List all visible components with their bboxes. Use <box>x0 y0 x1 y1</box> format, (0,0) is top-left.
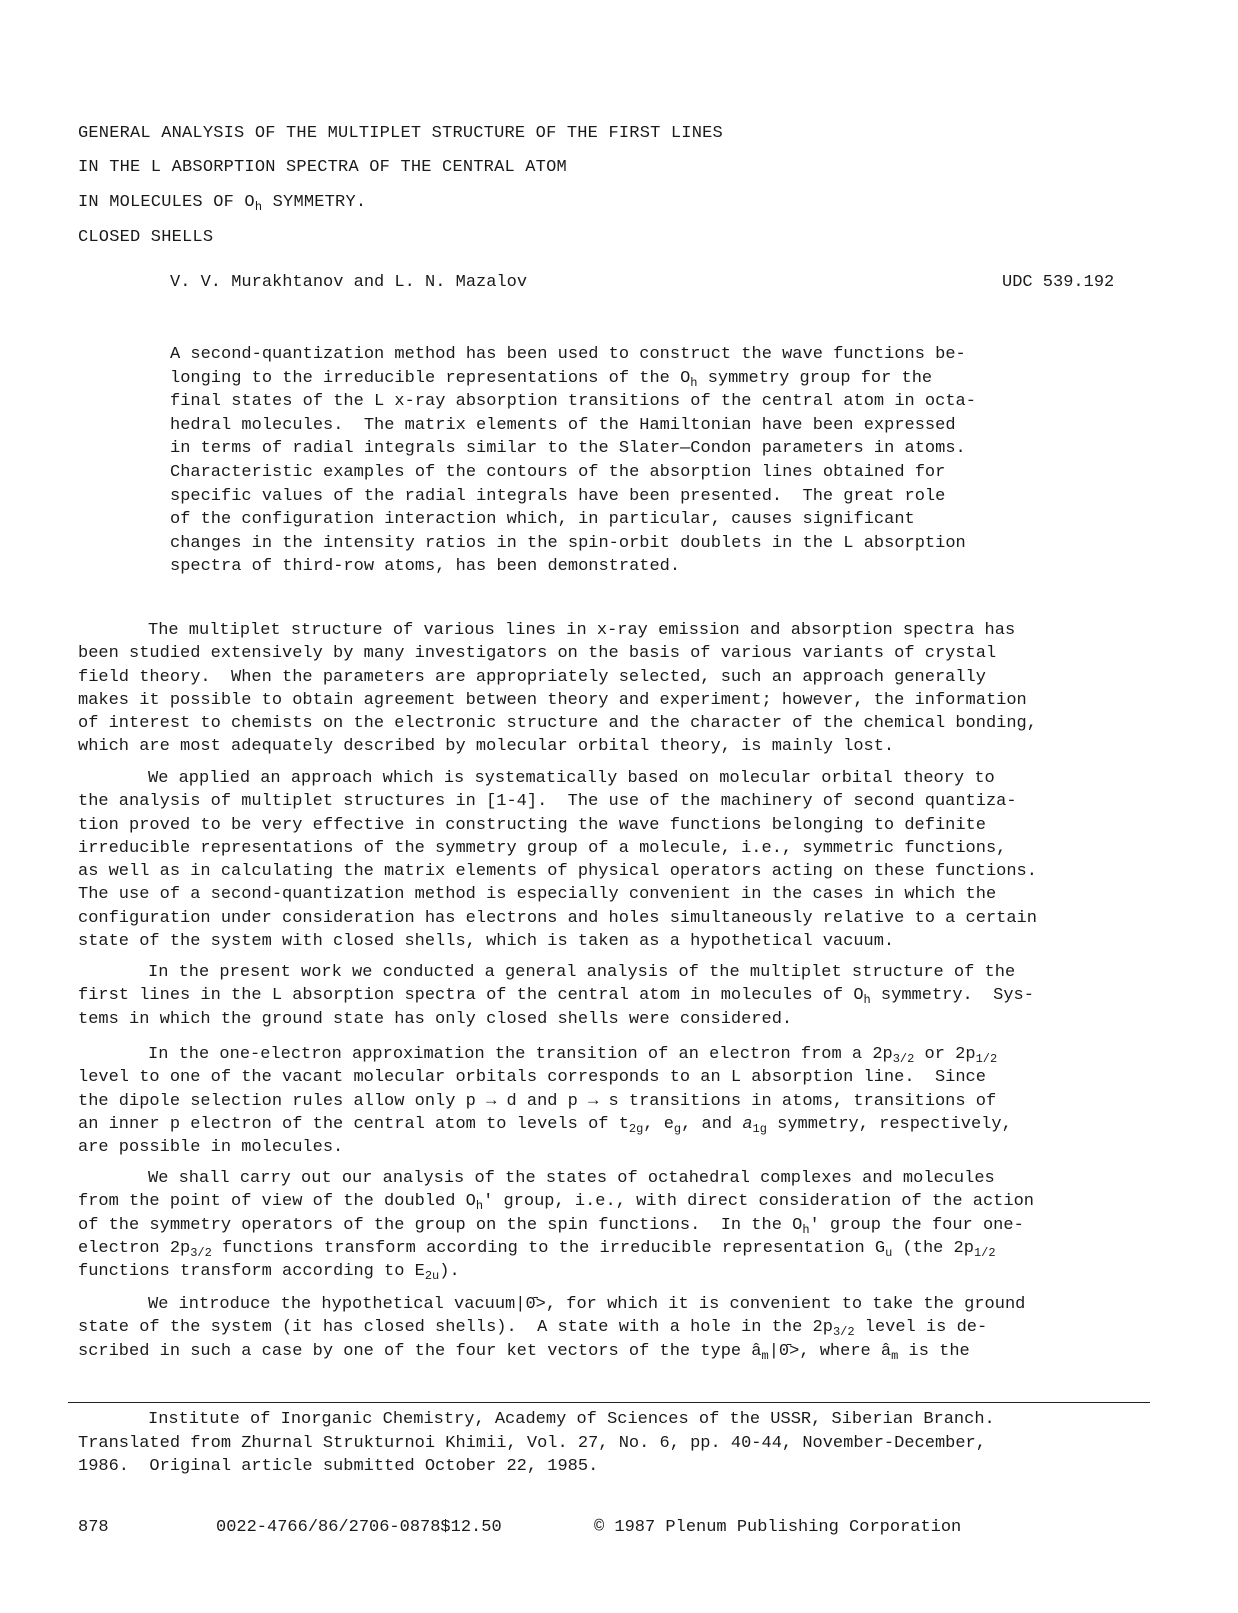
body-line: field theory. When the parameters are ap… <box>78 666 1168 689</box>
paper-page: GENERAL ANALYSIS OF THE MULTIPLET STRUCT… <box>0 0 1238 1613</box>
body-line: state of the system with closed shells, … <box>78 930 1168 953</box>
body-paragraph-1: The multiplet structure of various lines… <box>78 619 1168 759</box>
body-paragraph-3: In the present work we conducted a gener… <box>78 961 1168 1031</box>
body-paragraph-4: In the one-electron approximation the tr… <box>78 1043 1168 1159</box>
body-line: We shall carry out our analysis of the s… <box>78 1167 1168 1190</box>
body-line: first lines in the L absorption spectra … <box>78 984 1168 1007</box>
footnote-divider <box>68 1402 1150 1403</box>
abstract-line: spectra of third-row atoms, has been dem… <box>170 555 1070 579</box>
footnote-line: 1986. Original article submitted October… <box>78 1455 1168 1479</box>
body-line: the dipole selection rules allow only p … <box>78 1090 1168 1113</box>
body-line: In the present work we conducted a gener… <box>78 961 1168 984</box>
abstract-line: specific values of the radial integrals … <box>170 485 1070 509</box>
body-line: as well as in calculating the matrix ele… <box>78 860 1168 883</box>
page-number: 878 <box>78 1518 109 1537</box>
body-line: We applied an approach which is systemat… <box>78 767 1168 790</box>
body-line: been studied extensively by many investi… <box>78 642 1168 665</box>
body-line: We introduce the hypothetical vacuum|0̄>… <box>78 1293 1168 1316</box>
abstract-line: Characteristic examples of the contours … <box>170 461 1070 485</box>
title-line-1: GENERAL ANALYSIS OF THE MULTIPLET STRUCT… <box>78 124 723 143</box>
abstract-line: final states of the L x-ray absorption t… <box>170 390 1070 414</box>
footnote-line: Translated from Zhurnal Strukturnoi Khim… <box>78 1432 1168 1456</box>
udc-code: UDC 539.192 <box>1002 273 1114 292</box>
abstract-line: in terms of radial integrals similar to … <box>170 437 1070 461</box>
body-line: functions transform according to E2u). <box>78 1260 1168 1283</box>
body-line: an inner p electron of the central atom … <box>78 1113 1168 1136</box>
abstract-line: longing to the irreducible representatio… <box>170 367 1070 391</box>
body-line: makes it possible to obtain agreement be… <box>78 689 1168 712</box>
body-line: the analysis of multiplet structures in … <box>78 790 1168 813</box>
authors: V. V. Murakhtanov and L. N. Mazalov <box>170 273 527 292</box>
copyright: © 1987 Plenum Publishing Corporation <box>594 1518 961 1537</box>
title-line-2: IN THE L ABSORPTION SPECTRA OF THE CENTR… <box>78 158 567 177</box>
abstract-line: of the configuration interaction which, … <box>170 508 1070 532</box>
body-line: The multiplet structure of various lines… <box>78 619 1168 642</box>
body-line: electron 2p3/2 functions transform accor… <box>78 1237 1168 1260</box>
body-line: state of the system (it has closed shell… <box>78 1316 1168 1339</box>
body-line: of the symmetry operators of the group o… <box>78 1214 1168 1237</box>
body-line: from the point of view of the doubled Oh… <box>78 1190 1168 1213</box>
article-code: 0022-4766/86/2706-0878$12.50 <box>216 1518 502 1537</box>
title-line-4: CLOSED SHELLS <box>78 228 213 247</box>
body-line: of interest to chemists on the electroni… <box>78 712 1168 735</box>
body-line: level to one of the vacant molecular orb… <box>78 1066 1168 1089</box>
footnote-line: Institute of Inorganic Chemistry, Academ… <box>78 1408 1168 1432</box>
title-line-3: IN MOLECULES OF Oh SYMMETRY. <box>78 193 366 212</box>
body-line: tion proved to be very effective in cons… <box>78 814 1168 837</box>
body-line: configuration under consideration has el… <box>78 907 1168 930</box>
footnote: Institute of Inorganic Chemistry, Academ… <box>78 1408 1168 1479</box>
body-paragraph-6: We introduce the hypothetical vacuum|0̄>… <box>78 1293 1168 1363</box>
abstract-line: A second-quantization method has been us… <box>170 343 1070 367</box>
abstract: A second-quantization method has been us… <box>170 343 1070 579</box>
body-line: irreducible representations of the symme… <box>78 837 1168 860</box>
body-line: tems in which the ground state has only … <box>78 1008 1168 1031</box>
body-line: In the one-electron approximation the tr… <box>78 1043 1168 1066</box>
abstract-line: hedral molecules. The matrix elements of… <box>170 414 1070 438</box>
abstract-line: changes in the intensity ratios in the s… <box>170 532 1070 556</box>
body-line: scribed in such a case by one of the fou… <box>78 1340 1168 1363</box>
body-paragraph-2: We applied an approach which is systemat… <box>78 767 1168 953</box>
body-line: are possible in molecules. <box>78 1136 1168 1159</box>
body-line: The use of a second-quantization method … <box>78 883 1168 906</box>
body-paragraph-5: We shall carry out our analysis of the s… <box>78 1167 1168 1283</box>
body-line: which are most adequately described by m… <box>78 735 1168 758</box>
